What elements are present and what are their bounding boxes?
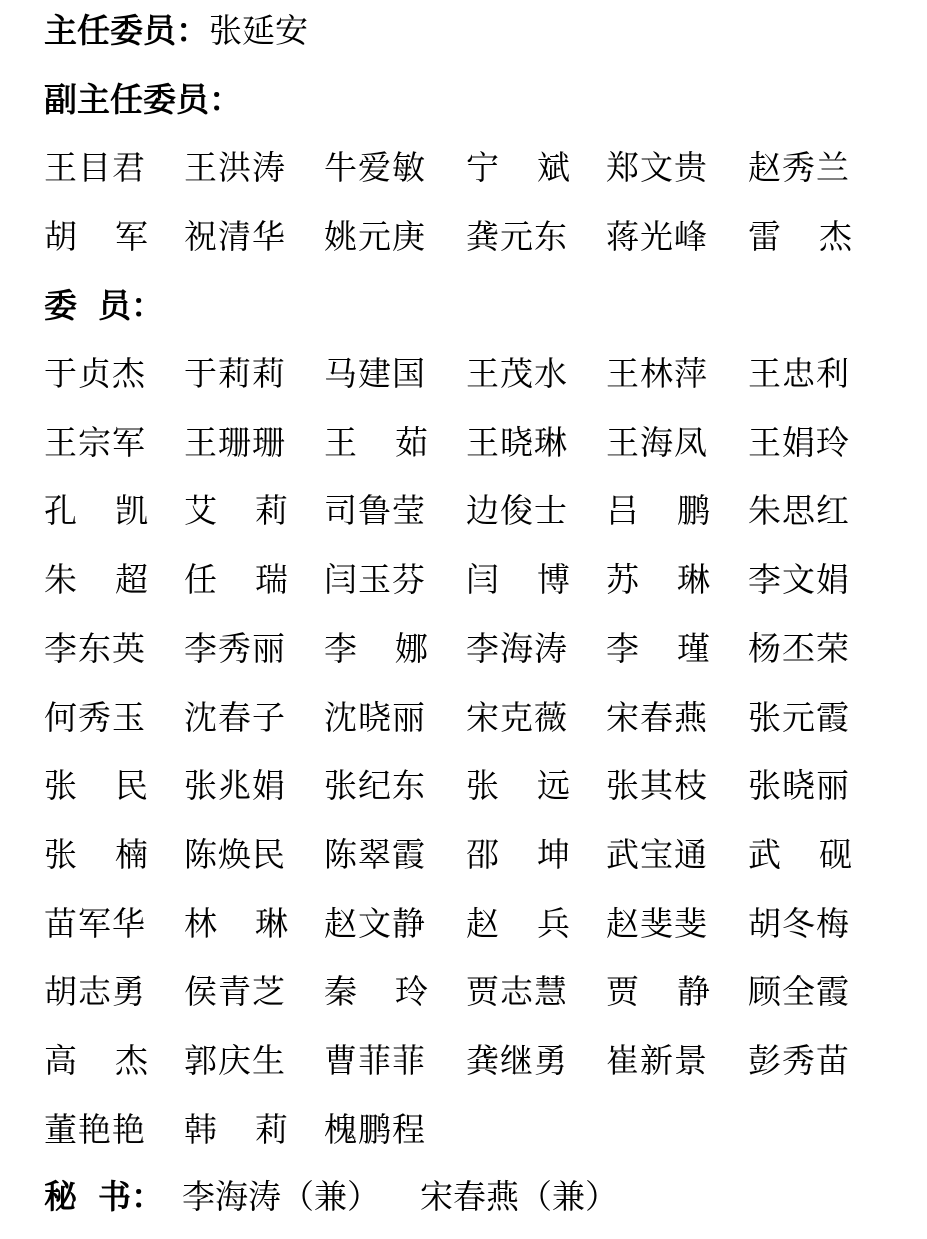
person-name: 赵秀兰 bbox=[748, 146, 852, 190]
person-name: 蒋光峰 bbox=[606, 215, 710, 259]
person-name: 武砚 bbox=[748, 833, 852, 877]
name-part: 李文娟 bbox=[748, 558, 850, 602]
person-name: 张元霞 bbox=[748, 696, 852, 740]
name-part: 张 bbox=[44, 764, 77, 808]
name-part: 李海涛 bbox=[466, 627, 568, 671]
vice-chairmen-label: 副主任委员： bbox=[44, 78, 242, 122]
name-part: 宋克薇 bbox=[466, 696, 568, 740]
person-name: 宋春燕 bbox=[606, 696, 710, 740]
name-part: 杰 bbox=[819, 215, 852, 259]
secretary-label: 秘书： bbox=[44, 1175, 164, 1219]
name-part: 瑾 bbox=[677, 627, 710, 671]
name-part: 宁 bbox=[466, 146, 499, 190]
name-part: 瑞 bbox=[255, 558, 288, 602]
name-part: 砚 bbox=[819, 833, 852, 877]
person-name: 吕鹏 bbox=[606, 489, 710, 533]
name-part: 沈晓丽 bbox=[324, 696, 426, 740]
name-part: 张晓丽 bbox=[748, 764, 850, 808]
person-name: 张远 bbox=[466, 764, 570, 808]
person-name: 闫博 bbox=[466, 558, 570, 602]
name-part: 王林萍 bbox=[606, 352, 708, 396]
chairman-line: 主任委员：张延安 bbox=[44, 9, 308, 53]
person-name: 胡志勇 bbox=[44, 970, 148, 1014]
name-part: 边俊士 bbox=[466, 489, 568, 533]
person-name: 于贞杰 bbox=[44, 352, 148, 396]
person-name: 邵坤 bbox=[466, 833, 570, 877]
name-part: 胡冬梅 bbox=[748, 902, 850, 946]
name-part: 兵 bbox=[537, 902, 570, 946]
person-name: 王洪涛 bbox=[184, 146, 288, 190]
person-name: 林琳 bbox=[184, 902, 288, 946]
person-name: 张楠 bbox=[44, 833, 148, 877]
person-name: 苏琳 bbox=[606, 558, 710, 602]
name-part: 张元霞 bbox=[748, 696, 850, 740]
name-part: 沈春子 bbox=[184, 696, 286, 740]
person-name: 王茂水 bbox=[466, 352, 570, 396]
person-name: 任瑞 bbox=[184, 558, 288, 602]
person-name: 何秀玉 bbox=[44, 696, 148, 740]
name-part: 牛爱敏 bbox=[324, 146, 426, 190]
name-part: 杨丕荣 bbox=[748, 627, 850, 671]
name-part: 何秀玉 bbox=[44, 696, 146, 740]
chairman-label: 主任委员： bbox=[44, 11, 209, 50]
name-part: 胡志勇 bbox=[44, 970, 146, 1014]
person-name: 王目君 bbox=[44, 146, 148, 190]
name-part: 斌 bbox=[537, 146, 570, 190]
chairman-name: 张延安 bbox=[209, 9, 308, 53]
name-part: 苏 bbox=[606, 558, 639, 602]
name-part: 雷 bbox=[748, 215, 781, 259]
person-name: 秦玲 bbox=[324, 970, 428, 1014]
name-part: 王宗军 bbox=[44, 421, 146, 465]
name-part: 博 bbox=[537, 558, 570, 602]
name-part: 任 bbox=[184, 558, 217, 602]
secretary-label-char-1: 秘 bbox=[44, 1175, 77, 1219]
name-part: 玲 bbox=[395, 970, 428, 1014]
name-part: 顾全霞 bbox=[748, 970, 850, 1014]
name-part: 邵 bbox=[466, 833, 499, 877]
person-name: 雷杰 bbox=[748, 215, 852, 259]
name-part: 莉 bbox=[255, 489, 288, 533]
name-part: 马建国 bbox=[324, 352, 426, 396]
person-name: 胡军 bbox=[44, 215, 148, 259]
name-part: 苗军华 bbox=[44, 902, 146, 946]
person-name: 武宝通 bbox=[606, 833, 710, 877]
members-label-text: 委员： bbox=[44, 284, 164, 328]
name-part: 王茂水 bbox=[466, 352, 568, 396]
name-part: 司鲁莹 bbox=[324, 489, 426, 533]
person-name: 闫玉芬 bbox=[324, 558, 428, 602]
name-part: 于莉莉 bbox=[184, 352, 286, 396]
person-name: 张民 bbox=[44, 764, 148, 808]
person-name: 张晓丽 bbox=[748, 764, 852, 808]
name-part: 吕 bbox=[606, 489, 639, 533]
secretary-entry: 李海涛（兼） bbox=[182, 1175, 380, 1219]
name-part: 彭秀苗 bbox=[748, 1039, 850, 1083]
name-part: 赵秀兰 bbox=[748, 146, 850, 190]
name-part: 李 bbox=[324, 627, 357, 671]
person-name: 沈春子 bbox=[184, 696, 288, 740]
name-part: 坤 bbox=[537, 833, 570, 877]
name-part: 王目君 bbox=[44, 146, 146, 190]
person-name: 陈翠霞 bbox=[324, 833, 428, 877]
person-name: 李东英 bbox=[44, 627, 148, 671]
person-name: 司鲁莹 bbox=[324, 489, 428, 533]
name-part: 王洪涛 bbox=[184, 146, 286, 190]
secretary-entry: 宋春燕（兼） bbox=[420, 1175, 618, 1219]
person-name: 张兆娟 bbox=[184, 764, 288, 808]
name-part: 远 bbox=[537, 764, 570, 808]
person-name: 牛爱敏 bbox=[324, 146, 428, 190]
name-part: 曹菲菲 bbox=[324, 1039, 426, 1083]
person-name: 贾志慧 bbox=[466, 970, 570, 1014]
name-part: 武 bbox=[748, 833, 781, 877]
person-name: 顾全霞 bbox=[748, 970, 852, 1014]
name-part: 王海凤 bbox=[606, 421, 708, 465]
name-part: 琳 bbox=[677, 558, 710, 602]
person-name: 艾莉 bbox=[184, 489, 288, 533]
name-part: 张纪东 bbox=[324, 764, 426, 808]
person-name: 沈晓丽 bbox=[324, 696, 428, 740]
person-name: 杨丕荣 bbox=[748, 627, 852, 671]
name-part: 超 bbox=[115, 558, 148, 602]
person-name: 赵斐斐 bbox=[606, 902, 710, 946]
person-name: 郑文贵 bbox=[606, 146, 710, 190]
person-name: 陈焕民 bbox=[184, 833, 288, 877]
members-label: 委员： bbox=[44, 284, 164, 328]
name-part: 韩 bbox=[184, 1108, 217, 1152]
name-part: 王 bbox=[324, 421, 357, 465]
person-name: 高杰 bbox=[44, 1039, 148, 1083]
name-part: 张其枝 bbox=[606, 764, 708, 808]
name-part: 张兆娟 bbox=[184, 764, 286, 808]
person-name: 韩莉 bbox=[184, 1108, 288, 1152]
person-name: 朱超 bbox=[44, 558, 148, 602]
name-part: 祝清华 bbox=[184, 215, 286, 259]
person-name: 于莉莉 bbox=[184, 352, 288, 396]
name-part: 于贞杰 bbox=[44, 352, 146, 396]
name-part: 高 bbox=[44, 1039, 77, 1083]
person-name: 董艳艳 bbox=[44, 1108, 148, 1152]
name-part: 李东英 bbox=[44, 627, 146, 671]
name-part: 龚继勇 bbox=[466, 1039, 568, 1083]
name-part: 鹏 bbox=[677, 489, 710, 533]
person-name: 李海涛 bbox=[466, 627, 570, 671]
person-name: 李瑾 bbox=[606, 627, 710, 671]
name-part: 茹 bbox=[395, 421, 428, 465]
name-part: 蒋光峰 bbox=[606, 215, 708, 259]
name-part: 林 bbox=[184, 902, 217, 946]
name-part: 张 bbox=[466, 764, 499, 808]
name-part: 王晓琳 bbox=[466, 421, 568, 465]
person-name: 王宗军 bbox=[44, 421, 148, 465]
person-name: 朱思红 bbox=[748, 489, 852, 533]
person-name: 侯青芝 bbox=[184, 970, 288, 1014]
person-name: 王林萍 bbox=[606, 352, 710, 396]
name-part: 娜 bbox=[395, 627, 428, 671]
name-part: 赵斐斐 bbox=[606, 902, 708, 946]
name-part: 闫 bbox=[466, 558, 499, 602]
name-part: 宋春燕 bbox=[606, 696, 708, 740]
name-part: 朱 bbox=[44, 558, 77, 602]
name-part: 民 bbox=[115, 764, 148, 808]
person-name: 李娜 bbox=[324, 627, 428, 671]
name-part: 李秀丽 bbox=[184, 627, 286, 671]
person-name: 崔新景 bbox=[606, 1039, 710, 1083]
person-name: 马建国 bbox=[324, 352, 428, 396]
person-name: 宋克薇 bbox=[466, 696, 570, 740]
name-part: 朱思红 bbox=[748, 489, 850, 533]
name-part: 莉 bbox=[255, 1108, 288, 1152]
name-part: 胡 bbox=[44, 215, 77, 259]
name-part: 秦 bbox=[324, 970, 357, 1014]
name-part: 王娟玲 bbox=[748, 421, 850, 465]
name-part: 贾 bbox=[606, 970, 639, 1014]
name-part: 张 bbox=[44, 833, 77, 877]
person-name: 龚继勇 bbox=[466, 1039, 570, 1083]
name-part: 龚元东 bbox=[466, 215, 568, 259]
person-name: 姚元庚 bbox=[324, 215, 428, 259]
person-name: 张纪东 bbox=[324, 764, 428, 808]
person-name: 龚元东 bbox=[466, 215, 570, 259]
person-name: 赵文静 bbox=[324, 902, 428, 946]
person-name: 曹菲菲 bbox=[324, 1039, 428, 1083]
person-name: 郭庆生 bbox=[184, 1039, 288, 1083]
name-part: 静 bbox=[677, 970, 710, 1014]
person-name: 宁斌 bbox=[466, 146, 570, 190]
person-name: 彭秀苗 bbox=[748, 1039, 852, 1083]
person-name: 祝清华 bbox=[184, 215, 288, 259]
name-part: 郑文贵 bbox=[606, 146, 708, 190]
person-name: 苗军华 bbox=[44, 902, 148, 946]
name-part: 李 bbox=[606, 627, 639, 671]
secretary-label-char-2: 书： bbox=[98, 1175, 164, 1219]
name-part: 王忠利 bbox=[748, 352, 850, 396]
name-part: 赵文静 bbox=[324, 902, 426, 946]
name-part: 艾 bbox=[184, 489, 217, 533]
name-part: 楠 bbox=[115, 833, 148, 877]
name-part: 琳 bbox=[255, 902, 288, 946]
person-name: 王娟玲 bbox=[748, 421, 852, 465]
person-name: 槐鹏程 bbox=[324, 1108, 428, 1152]
person-name: 赵兵 bbox=[466, 902, 570, 946]
person-name: 李秀丽 bbox=[184, 627, 288, 671]
person-name: 贾静 bbox=[606, 970, 710, 1014]
name-part: 王珊珊 bbox=[184, 421, 286, 465]
name-part: 武宝通 bbox=[606, 833, 708, 877]
name-part: 孔 bbox=[44, 489, 77, 533]
name-part: 贾志慧 bbox=[466, 970, 568, 1014]
secretary-line: 秘书：李海涛（兼）宋春燕（兼） bbox=[44, 1175, 618, 1219]
person-name: 胡冬梅 bbox=[748, 902, 852, 946]
name-part: 陈焕民 bbox=[184, 833, 286, 877]
person-name: 张其枝 bbox=[606, 764, 710, 808]
name-part: 军 bbox=[115, 215, 148, 259]
name-part: 陈翠霞 bbox=[324, 833, 426, 877]
person-name: 孔凯 bbox=[44, 489, 148, 533]
name-part: 赵 bbox=[466, 902, 499, 946]
name-part: 崔新景 bbox=[606, 1039, 708, 1083]
person-name: 王茹 bbox=[324, 421, 428, 465]
name-part: 闫玉芬 bbox=[324, 558, 426, 602]
name-part: 槐鹏程 bbox=[324, 1108, 426, 1152]
members-label-char-1: 委 bbox=[44, 284, 77, 328]
person-name: 王忠利 bbox=[748, 352, 852, 396]
person-name: 李文娟 bbox=[748, 558, 852, 602]
person-name: 王海凤 bbox=[606, 421, 710, 465]
name-part: 凯 bbox=[115, 489, 148, 533]
name-part: 姚元庚 bbox=[324, 215, 426, 259]
name-part: 侯青芝 bbox=[184, 970, 286, 1014]
members-label-char-2: 员： bbox=[98, 284, 164, 328]
name-part: 杰 bbox=[115, 1039, 148, 1083]
person-name: 王珊珊 bbox=[184, 421, 288, 465]
name-part: 董艳艳 bbox=[44, 1108, 146, 1152]
person-name: 王晓琳 bbox=[466, 421, 570, 465]
person-name: 边俊士 bbox=[466, 489, 570, 533]
name-part: 郭庆生 bbox=[184, 1039, 286, 1083]
